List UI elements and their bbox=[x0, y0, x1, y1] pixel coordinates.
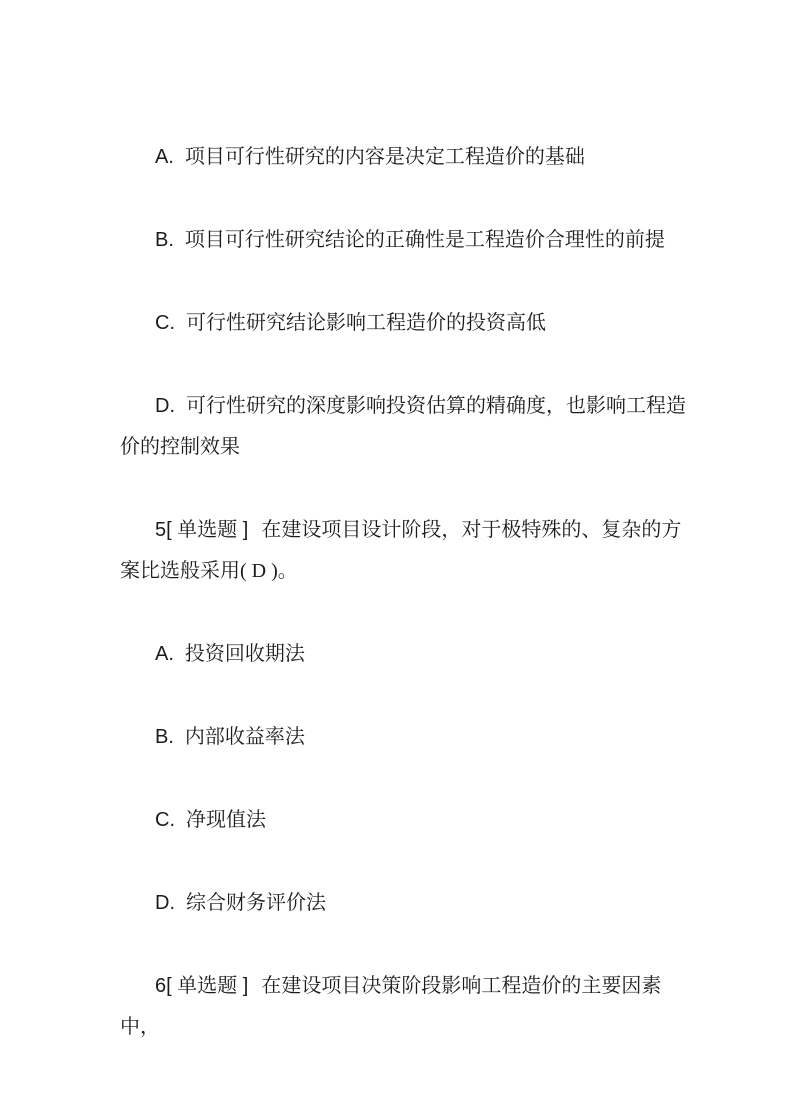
question-stem: 5[ 单选题 ]在建设项目设计阶段，对于极特殊的、复杂的方案比选般采用( D )… bbox=[120, 510, 695, 592]
answer-option: A.项目可行性研究的内容是决定工程造价的基础 bbox=[120, 137, 695, 178]
option-text: 可行性研究结论影响工程造价的投资高低 bbox=[186, 312, 546, 334]
answer-option: D.可行性研究的深度影响投资估算的精确度，也影响工程造价的控制效果 bbox=[120, 386, 695, 468]
option-text: 项目可行性研究的内容是决定工程造价的基础 bbox=[185, 146, 585, 168]
option-text: 内部收益率法 bbox=[185, 726, 305, 748]
option-label: B. bbox=[155, 229, 174, 251]
answer-option: C.可行性研究结论影响工程造价的投资高低 bbox=[120, 303, 695, 344]
option-text: 投资回收期法 bbox=[185, 643, 305, 665]
answer-option: B.项目可行性研究结论的正确性是工程造价合理性的前提 bbox=[120, 220, 695, 261]
option-label: B. bbox=[155, 726, 174, 748]
document-content: A.项目可行性研究的内容是决定工程造价的基础 B.项目可行性研究结论的正确性是工… bbox=[0, 0, 792, 1048]
option-text: 项目可行性研究结论的正确性是工程造价合理性的前提 bbox=[185, 229, 665, 251]
option-label: A. bbox=[155, 146, 174, 168]
option-label: D. bbox=[155, 892, 175, 914]
answer-option: B.内部收益率法 bbox=[120, 717, 695, 758]
option-text: 净现值法 bbox=[186, 809, 266, 831]
option-label: A. bbox=[155, 643, 174, 665]
question-number-tag: 5[ 单选题 ] bbox=[155, 519, 248, 541]
option-label: C. bbox=[155, 809, 175, 831]
option-label: C. bbox=[155, 312, 175, 334]
answer-option: C.净现值法 bbox=[120, 800, 695, 841]
answer-option: D.综合财务评价法 bbox=[120, 883, 695, 924]
document-page: A.项目可行性研究的内容是决定工程造价的基础 B.项目可行性研究结论的正确性是工… bbox=[0, 0, 792, 1120]
option-text: 综合财务评价法 bbox=[186, 892, 326, 914]
answer-option: A.投资回收期法 bbox=[120, 634, 695, 675]
option-text: 可行性研究的深度影响投资估算的精确度，也影响工程造价的控制效果 bbox=[120, 395, 686, 458]
option-label: D. bbox=[155, 395, 175, 417]
question-number-tag: 6[ 单选题 ] bbox=[155, 975, 248, 997]
question-stem: 6[ 单选题 ]在建设项目决策阶段影响工程造价的主要因素中， bbox=[120, 966, 695, 1048]
